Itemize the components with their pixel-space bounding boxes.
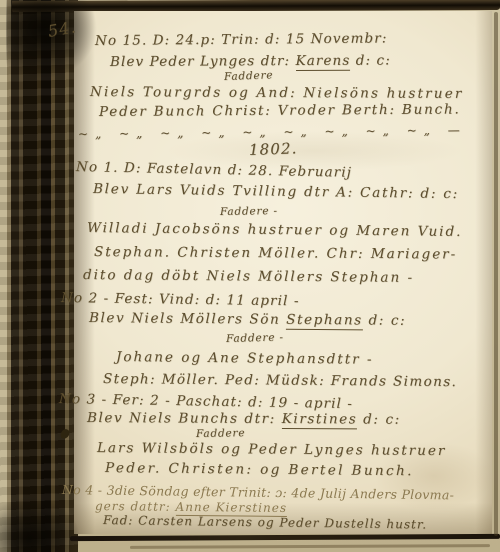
child-line-post: d: c: bbox=[363, 312, 407, 328]
underlined-child-name: Stephans bbox=[286, 312, 363, 331]
child-line-pre: gers dattr: bbox=[95, 499, 176, 514]
page-bottom-edge bbox=[70, 534, 500, 541]
entry-1-faddere-label: Faddere - bbox=[220, 205, 278, 218]
entry-3-child-line: Blev Niels Bunchs dtr: Kirstines d: c: bbox=[87, 410, 401, 428]
child-line-pre: Blev Niels Bunchs dtr: bbox=[87, 410, 282, 427]
entry-3-sponsors-line-1: Lars Wilsböls og Peder Lynges hustruer bbox=[97, 440, 446, 459]
entry-3-faddere-label: Faddere bbox=[196, 427, 246, 440]
manuscript-photo: 54. No 15. D: 24.p: Trin: d: 15 Novembr:… bbox=[0, 0, 500, 552]
entry-15-heading: No 15. D: 24.p: Trin: d: 15 Novembr: bbox=[95, 30, 388, 49]
entry-15-sponsors-line-2: Peder Bunch Christ: Vroder Berth: Bunch. bbox=[99, 101, 461, 120]
underlined-child-name: Kirstines bbox=[282, 411, 358, 429]
entry-1-sponsors-line-2: Stephan. Christen Möller. Chr: Mariager- bbox=[94, 244, 457, 263]
entry-15-sponsors-line-1: Niels Tourgrds og And: Nielsöns hustruer bbox=[90, 84, 464, 102]
entry-3-sponsors-line-2: Peder. Christen: og Bertel Bunch. bbox=[105, 460, 414, 479]
entry-1-note-line: dito dag döbt Niels Möllers Stephan - bbox=[83, 267, 414, 286]
entry-2-child-line: Blev Niels Möllers Sön Stephans d: c: bbox=[89, 310, 406, 329]
child-line-pre: Blev Niels Möllers Sön bbox=[89, 310, 286, 328]
child-line-post: d: c: bbox=[350, 53, 391, 69]
child-line-post: d: c: bbox=[357, 411, 401, 427]
child-line-pre: Blev Peder Lynges dtr: bbox=[110, 53, 296, 70]
year-heading: 1802. bbox=[249, 139, 298, 159]
page-right-edge bbox=[494, 12, 498, 536]
entry-15-child-line: Blev Peder Lynges dtr: Karens d: c: bbox=[110, 53, 391, 70]
entry-15-faddere-label: Faddere bbox=[224, 69, 274, 83]
entry-2-sponsors-line-1: Johane og Ane Stephansdttr - bbox=[116, 349, 374, 368]
entry-2-sponsors-line-2: Steph: Möller. Ped: Müdsk: Frands Simons… bbox=[103, 371, 457, 390]
underlined-child-name: Karens bbox=[296, 53, 351, 71]
entry-2-faddere-label: Faddere - bbox=[226, 331, 284, 345]
page-bottom-edge-faint bbox=[130, 544, 490, 549]
entry-2-heading: No 2 - Fest: Vind: d: 11 april - bbox=[61, 290, 300, 309]
